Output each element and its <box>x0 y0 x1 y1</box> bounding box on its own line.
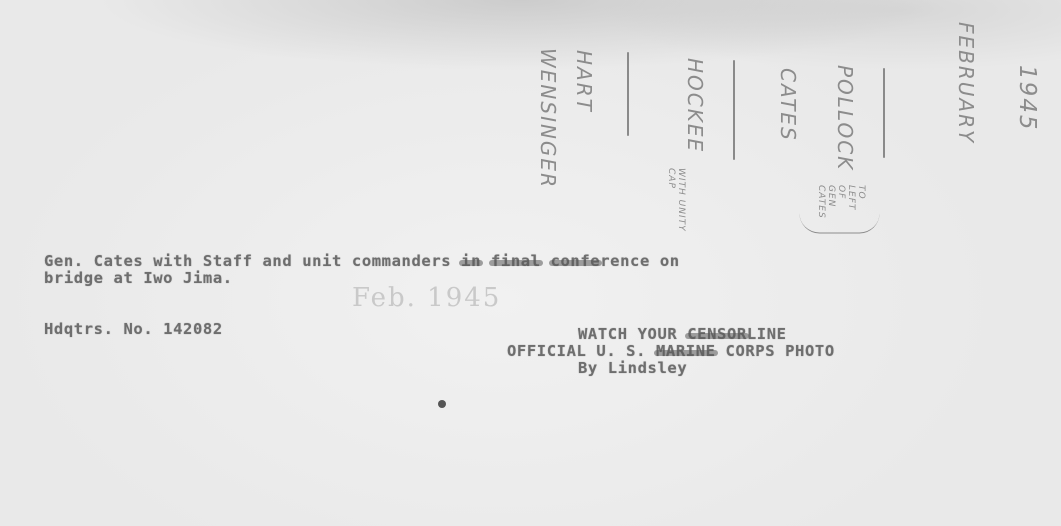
separator-line <box>733 60 735 160</box>
stamp-line1-end: LINE <box>747 325 787 343</box>
struck-word-final: final <box>491 252 541 270</box>
stamp-line1-start: WATCH YOUR <box>578 325 687 343</box>
stamp-line-1: WATCH YOUR CENSORLINE <box>578 326 787 342</box>
handwritten-name-hockee: HOCKEE <box>683 58 707 153</box>
ink-blot <box>438 400 446 408</box>
handwritten-year: 1945 <box>1014 65 1040 132</box>
caption-line1-start: Gen. Cates with Staff and unit commander… <box>44 252 461 270</box>
caption-line-2: bridge at Iwo Jima. <box>44 270 233 286</box>
handwritten-name-pollock: POLLOCK <box>833 65 857 171</box>
headquarters-number: Hdqtrs. No. 142082 <box>44 321 223 337</box>
handwritten-note-hockee: WITH UNITY CAP <box>666 168 686 238</box>
caption-line1-end: rence on <box>600 252 679 270</box>
stamp-line2-start: OFFICIAL U. S. <box>507 342 656 360</box>
handwritten-name-hart: HART <box>572 50 596 113</box>
handwritten-name-cates: CATES <box>776 68 800 142</box>
handwritten-month: FEBRUARY <box>954 22 978 144</box>
struck-word-confe: confe <box>551 252 601 270</box>
pencil-date: Feb. 1945 <box>352 283 501 313</box>
handwritten-name-wensinger: WENSINGER <box>536 48 560 189</box>
stamp-struck-marine: MARINE <box>656 342 716 360</box>
stamp-struck-censor: CENSOR <box>687 325 747 343</box>
stamp-line2-end: CORPS PHOTO <box>716 342 835 360</box>
struck-word-in: in <box>461 252 481 270</box>
stamp-line-2: OFFICIAL U. S. MARINE CORPS PHOTO <box>507 343 835 359</box>
caption-line-1: Gen. Cates with Staff and unit commander… <box>44 253 680 269</box>
handwritten-note-pollock: TO LEFT OF GEN CATES <box>816 185 866 225</box>
separator-line <box>883 68 885 158</box>
stamp-photographer: By Lindsley <box>578 360 687 376</box>
separator-line <box>627 52 629 136</box>
